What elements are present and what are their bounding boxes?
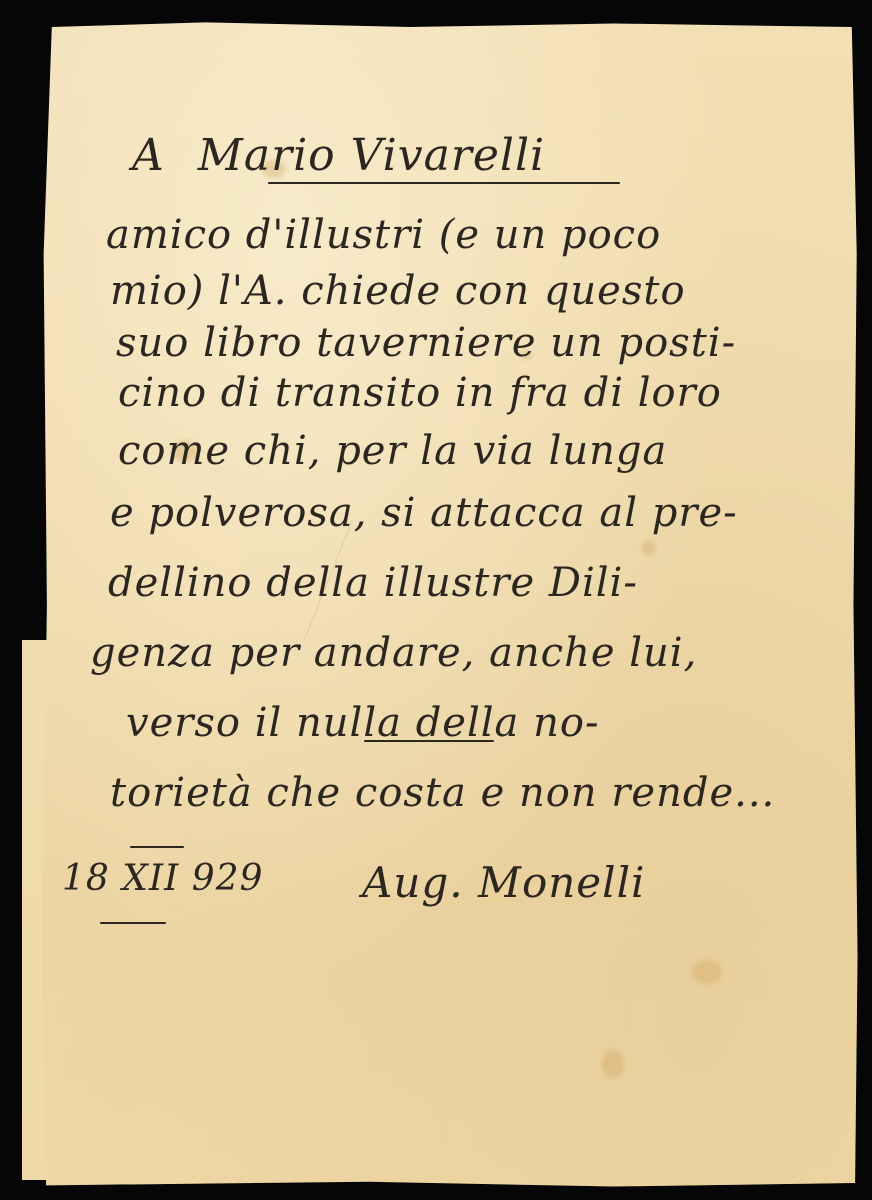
body-line-5: come chi, per la via lunga — [118, 428, 667, 474]
body-line-4: cino di transito in fra di loro — [118, 370, 722, 416]
date-underline — [100, 922, 166, 924]
body-line-10: torietà che costa e non rende... — [110, 770, 775, 816]
body-line-6: e polverosa, si attacca al pre- — [110, 490, 738, 536]
date: 18 XII 929 — [62, 858, 263, 899]
recipient-name: Mario Vivarelli — [198, 130, 545, 181]
salutation-prefix: A — [132, 130, 165, 181]
recipient-underline — [268, 182, 620, 184]
scanned-document: A Mario Vivarelli amico d'illustri (e un… — [0, 0, 872, 1200]
body-line-3: suo libro taverniere un posti- — [116, 320, 736, 366]
salutation: A Mario Vivarelli — [132, 130, 545, 181]
date-overline — [130, 846, 184, 848]
body-line-1: amico d'illustri (e un poco — [106, 212, 661, 258]
body-line-9: verso il nulla della no- — [126, 700, 599, 746]
handwritten-text: A Mario Vivarelli amico d'illustri (e un… — [0, 0, 872, 1200]
body-line-8: genza per andare, anche lui, — [90, 630, 697, 676]
signature: Aug. Monelli — [362, 858, 645, 907]
nulla-underline — [364, 740, 494, 742]
body-line-7: dellino della illustre Dili- — [108, 560, 638, 606]
body-line-2: mio) l'A. chiede con questo — [110, 268, 686, 314]
